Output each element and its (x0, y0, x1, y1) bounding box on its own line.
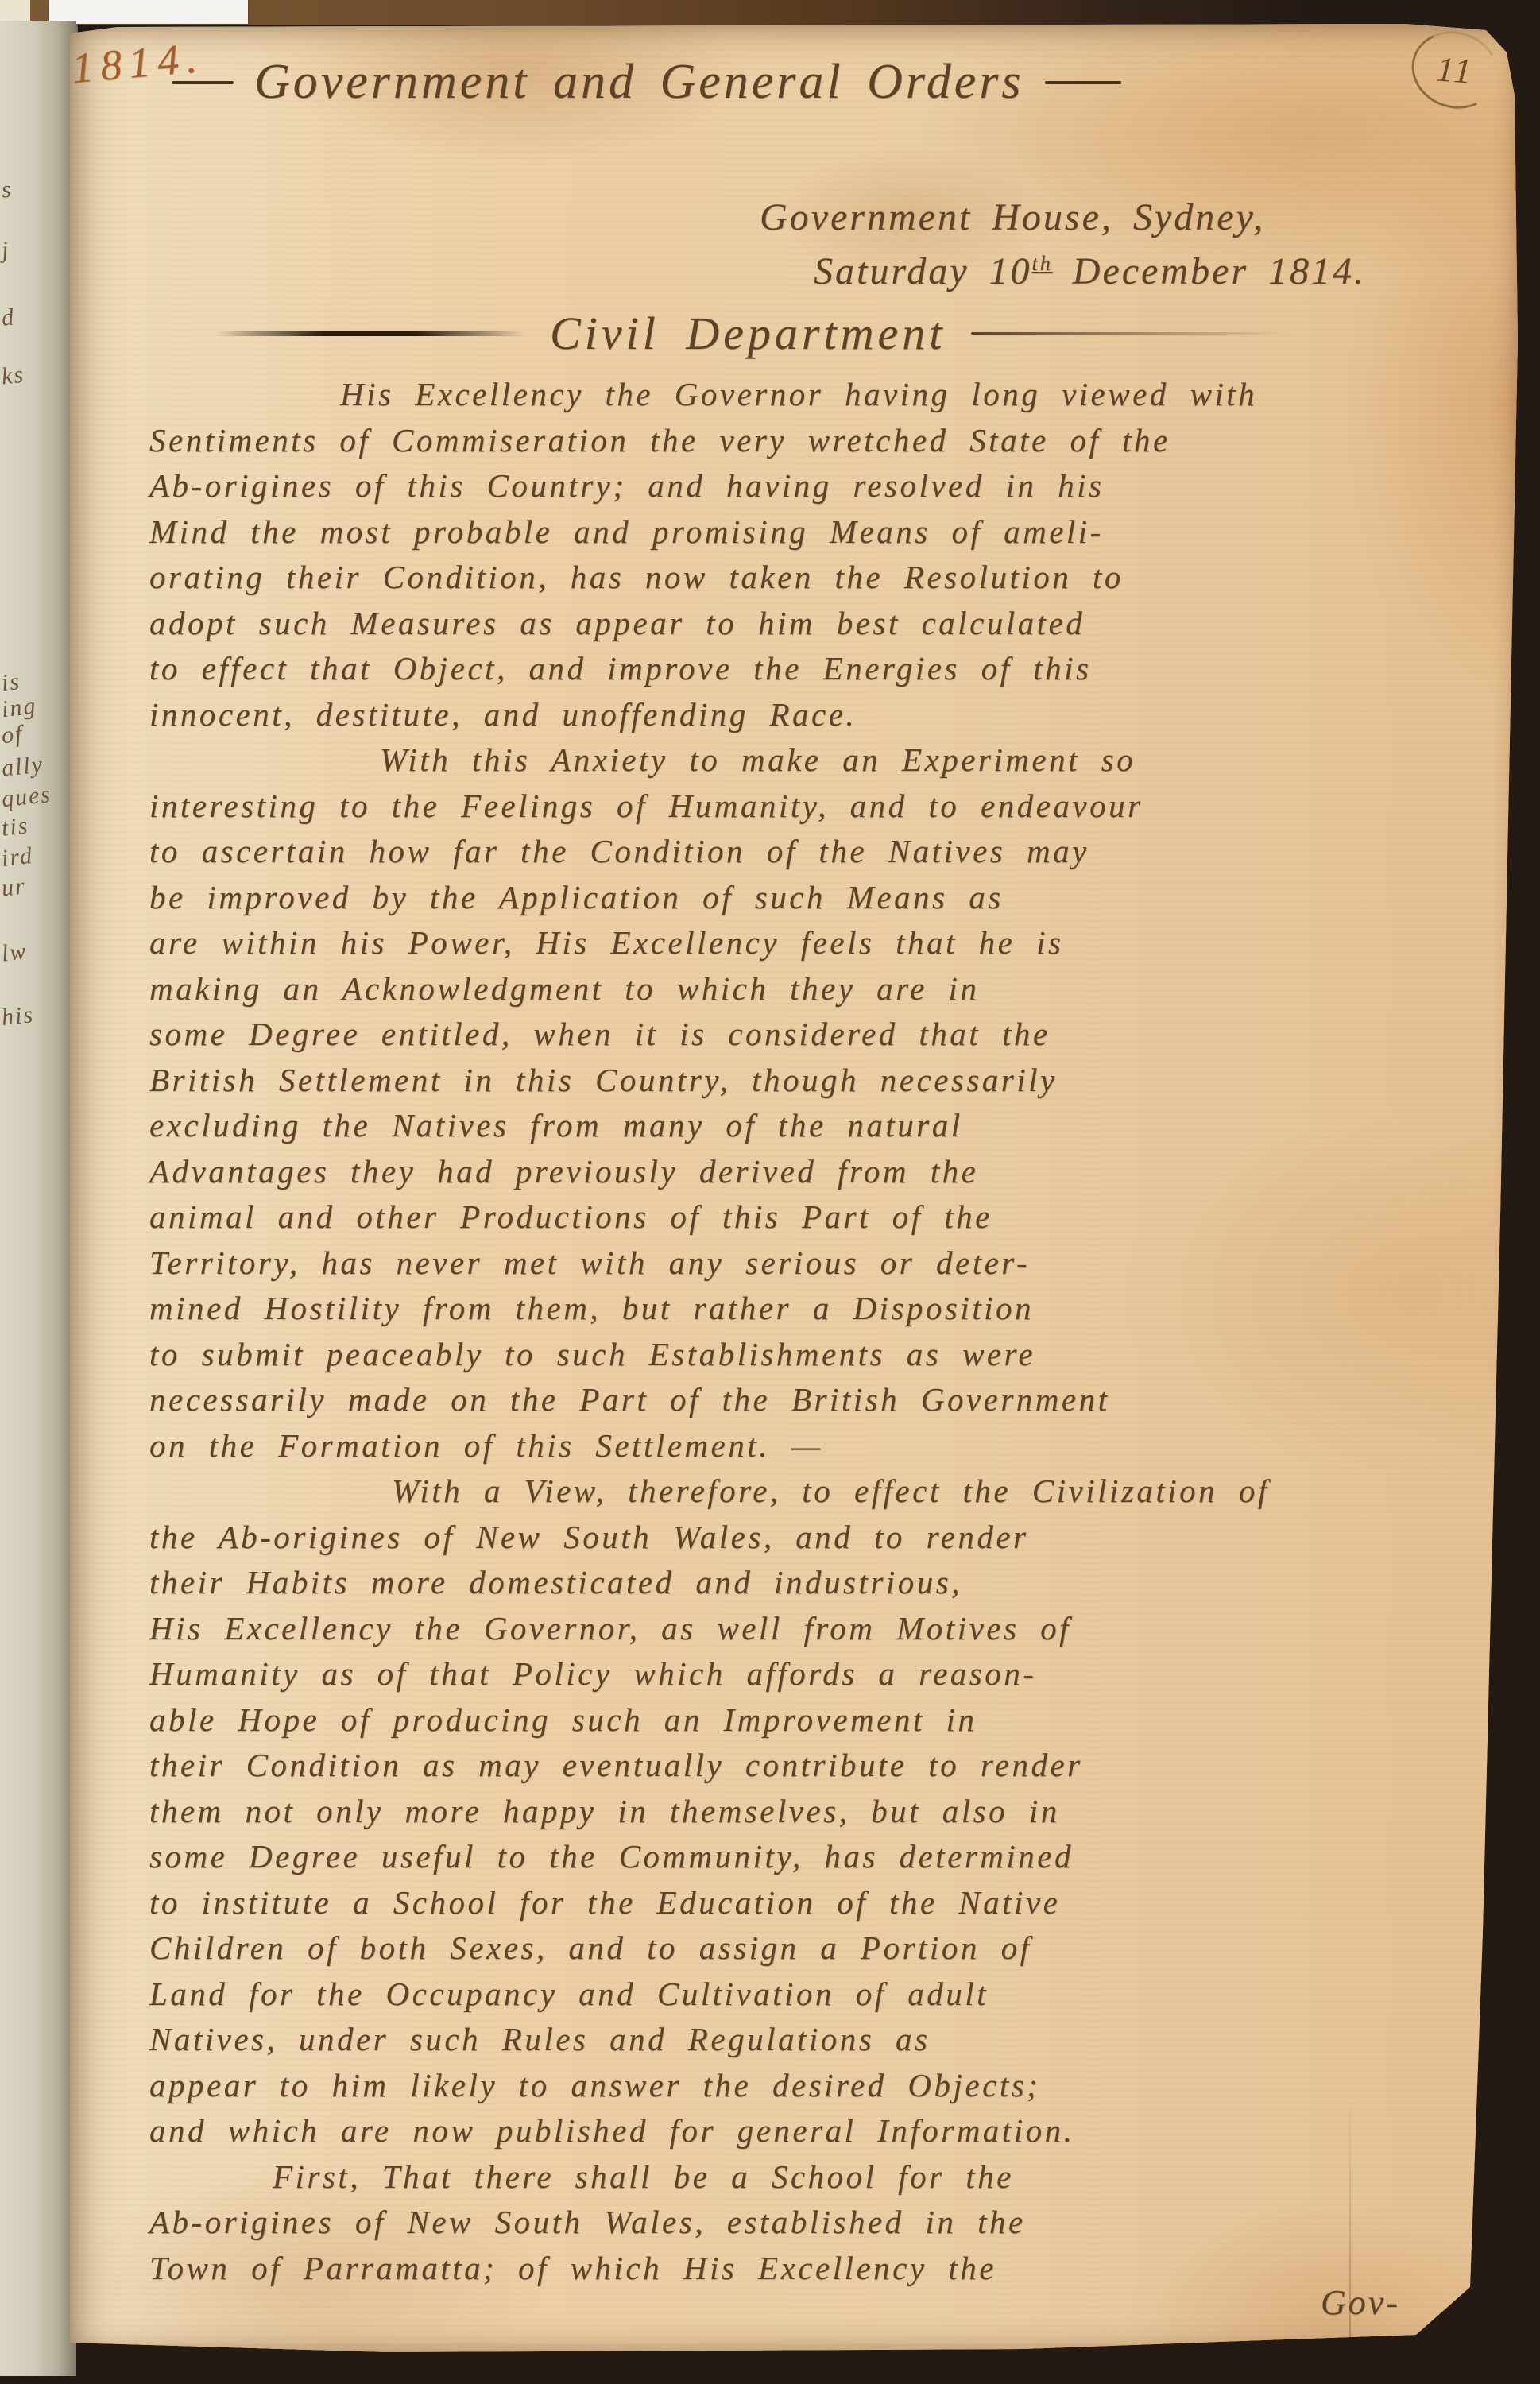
manuscript-line: to institute a School for the Education … (149, 1880, 1492, 1926)
manuscript-line: innocent, destitute, and unoffending Rac… (149, 692, 1492, 738)
manuscript-line: mined Hostility from them, but rather a … (149, 1286, 1492, 1332)
margin-fragment: of (0, 721, 25, 750)
manuscript-line: His Excellency the Governor having long … (149, 372, 1492, 418)
date-ordinal-suffix: th (1032, 252, 1053, 275)
manuscript-line: Land for the Occupancy and Cultivation o… (149, 1972, 1492, 2018)
section-heading: Civil Department (550, 307, 946, 360)
date-suffix: December 1814. (1053, 250, 1366, 292)
manuscript-line: some Degree entitled, when it is conside… (149, 1012, 1492, 1058)
manuscript-line: Sentiments of Commiseration the very wre… (149, 418, 1492, 464)
manuscript-line: British Settlement in this Country, thou… (149, 1058, 1492, 1104)
margin-fragment: is (0, 668, 21, 697)
manuscript-line: excluding the Natives from many of the n… (149, 1103, 1492, 1149)
manuscript-line: With a View, therefore, to effect the Ci… (149, 1469, 1492, 1515)
manuscript-line: be improved by the Application of such M… (149, 875, 1492, 921)
folio-number: 11 (1435, 48, 1475, 91)
manuscript-line: Humanity as of that Policy which affords… (149, 1651, 1492, 1697)
manuscript-line: to effect that Object, and improve the E… (149, 646, 1492, 692)
manuscript-line: animal and other Productions of this Par… (149, 1194, 1492, 1240)
margin-fragment: lw (0, 938, 29, 967)
manuscript-line: Town of Parramatta; of which His Excelle… (149, 2246, 1492, 2292)
manuscript-line: appear to him likely to answer the desir… (149, 2063, 1492, 2109)
margin-fragment: his (0, 1001, 35, 1031)
manuscript-line: Children of both Sexes, and to assign a … (149, 1925, 1492, 1972)
margin-fragment: d (0, 304, 16, 332)
manuscript-line: Mind the most probable and promising Mea… (149, 509, 1492, 555)
section-heading-row: Civil Department (215, 307, 1289, 360)
manuscript-line: their Habits more domesticated and indus… (149, 1560, 1492, 1606)
manuscript-line: Advantages they had previously derived f… (149, 1149, 1492, 1195)
manuscript-line: to ascertain how far the Condition of th… (149, 829, 1492, 875)
manuscript-line: able Hope of producing such an Improveme… (149, 1697, 1492, 1743)
paragraph: His Excellency the Governor having long … (149, 372, 1492, 737)
manuscript-line: some Degree useful to the Community, has… (149, 1834, 1492, 1880)
page-title: Government and General Orders (254, 54, 1024, 110)
date-line: Saturday 10th December 1814. (814, 250, 1366, 293)
manuscript-photo: sjdksisingofallyquestisirdurlwhis 11 181… (0, 0, 1540, 2384)
manuscript-line: First, That there shall be a School for … (149, 2154, 1492, 2200)
manuscript-line: With this Anxiety to make an Experiment … (149, 737, 1492, 784)
manuscript-line: Ab-origines of this Country; and having … (149, 463, 1492, 509)
margin-fragment: tis (0, 812, 30, 842)
manuscript-line: Ab-origines of New South Wales, establis… (149, 2200, 1492, 2246)
manuscript-line: Natives, under such Rules and Regulation… (149, 2017, 1492, 2063)
manuscript-line: Territory, has never met with any seriou… (149, 1240, 1492, 1287)
margin-fragment: ally (0, 751, 44, 782)
title-row: Government and General Orders (172, 54, 1121, 110)
paragraph: With a View, therefore, to effect the Ci… (149, 1469, 1492, 2154)
catchword: Gov- (1321, 2282, 1400, 2323)
manuscript-line: adopt such Measures as appear to him bes… (149, 601, 1492, 647)
paragraph: First, That there shall be a School for … (149, 2154, 1492, 2292)
manuscript-line: their Condition as may eventually contri… (149, 1743, 1492, 1789)
manuscript-line: the Ab-origines of New South Wales, and … (149, 1515, 1492, 1561)
margin-fragment: ur (0, 873, 27, 902)
date-prefix: Saturday 10 (814, 250, 1032, 292)
margin-fragment: ing (0, 693, 38, 723)
manuscript-line: orating their Condition, has now taken t… (149, 555, 1492, 601)
manuscript-line: to submit peaceably to such Establishmen… (149, 1332, 1492, 1378)
body-text: His Excellency the Governor having long … (149, 372, 1492, 2291)
manuscript-line: His Excellency the Governor, as well fro… (149, 1606, 1492, 1652)
title-rule-right (1045, 81, 1121, 84)
title-rule-left (172, 81, 234, 84)
manuscript-page: 11 1814. Government and General Orders G… (70, 24, 1518, 2352)
place-line: Government House, Sydney, (760, 195, 1265, 239)
fold-crease (1349, 2090, 1351, 2352)
margin-fragment: ques (0, 781, 52, 813)
manuscript-line: making an Acknowledgment to which they a… (149, 966, 1492, 1012)
margin-fragment: ird (0, 842, 34, 873)
folio-number-circle: 11 (1402, 20, 1508, 119)
margin-fragment: ks (0, 362, 25, 391)
heading-rule-right (971, 332, 1289, 335)
manuscript-line: interesting to the Feelings of Humanity,… (149, 784, 1492, 830)
heading-rule-left (215, 331, 524, 336)
manuscript-line: on the Formation of this Settlement. — (149, 1423, 1492, 1469)
paragraph: With this Anxiety to make an Experiment … (149, 737, 1492, 1469)
manuscript-line: and which are now published for general … (149, 2108, 1492, 2154)
manuscript-line: necessarily made on the Part of the Brit… (149, 1377, 1492, 1423)
paper-tab (49, 0, 248, 24)
manuscript-line: are within his Power, His Excellency fee… (149, 920, 1492, 966)
manuscript-line: them not only more happy in themselves, … (149, 1789, 1492, 1835)
